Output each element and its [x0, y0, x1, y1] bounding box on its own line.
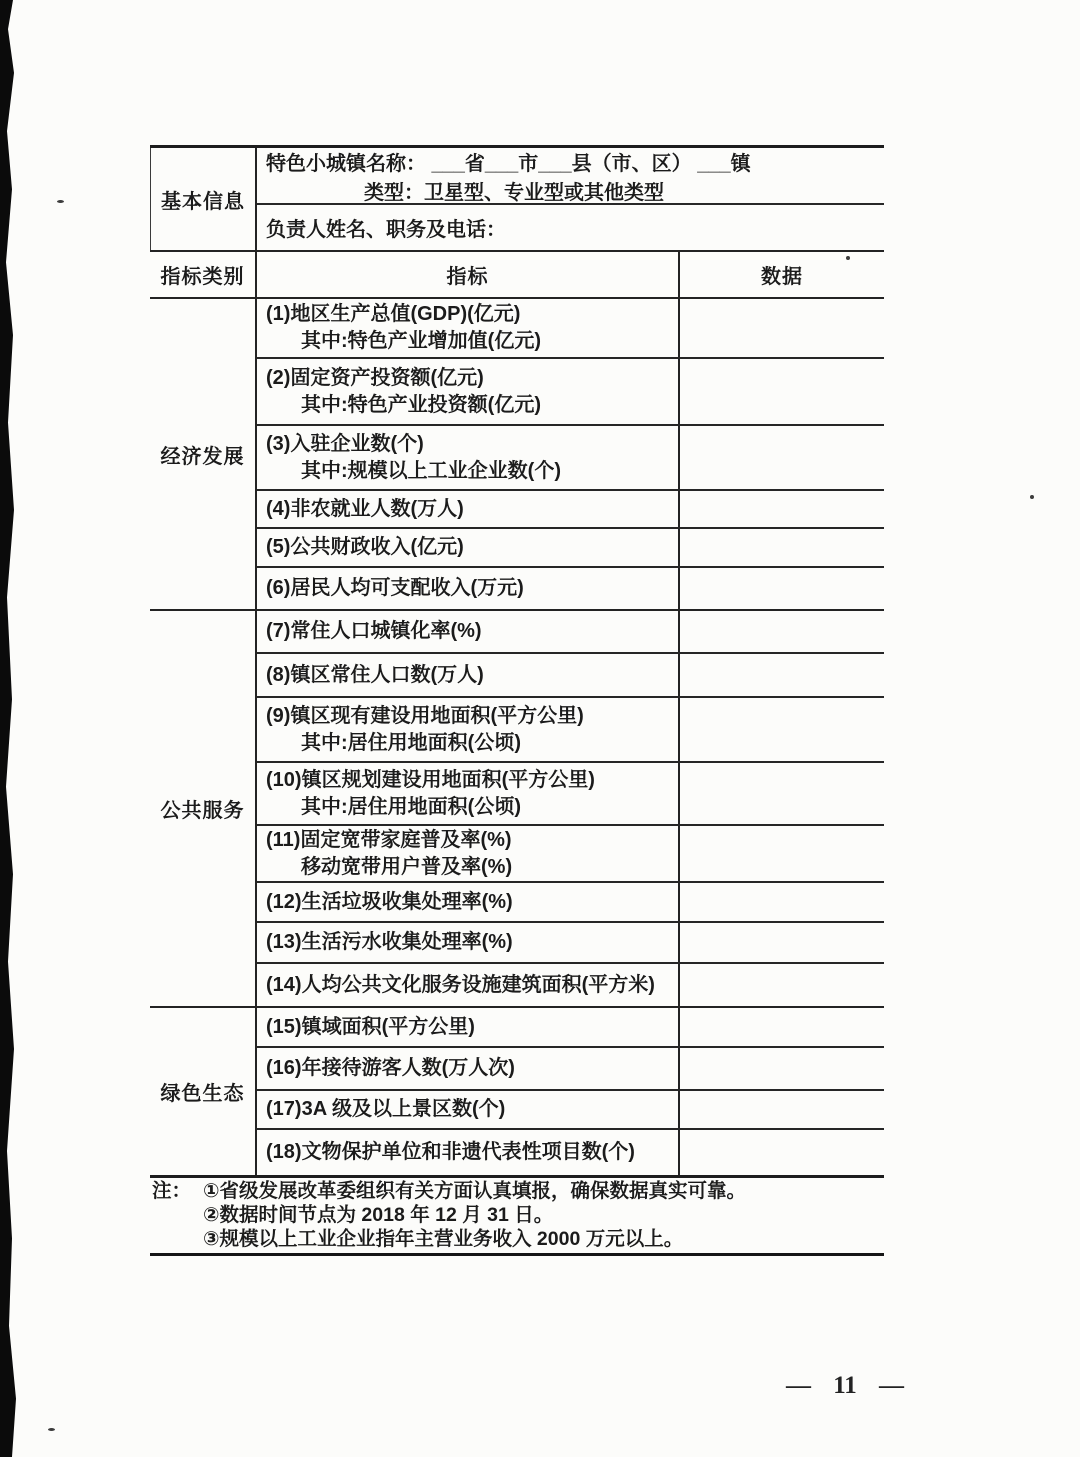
table-row: (9)镇区现有建设用地面积(平方公里) 其中:居住用地面积(公顷)	[257, 698, 884, 763]
scan-speck	[1030, 495, 1034, 499]
category-label: 经济发展	[150, 299, 257, 609]
data-cell-empty	[680, 654, 884, 696]
data-cell-empty	[680, 698, 884, 761]
indicator-cell: (9)镇区现有建设用地面积(平方公里) 其中:居住用地面积(公顷)	[257, 698, 680, 761]
indicator-cell: (8)镇区常住人口数(万人)	[257, 654, 680, 696]
table-row: (13)生活污水收集处理率(%)	[257, 923, 884, 964]
footnote-item: ①省级发展改革委组织有关方面认真填报，确保数据真实可靠。	[203, 1180, 746, 1204]
indicator-line1: (16)年接待游客人数(万人次)	[257, 1055, 678, 1082]
form-table: 基本信息 特色小城镇名称： ___省___市___县（市、区） ___镇 类型：…	[150, 145, 884, 1178]
town-type-line: 类型：卫星型、专业型或其他类型	[257, 176, 884, 205]
basic-info-label: 基本信息	[150, 148, 257, 250]
indicator-line1: (6)居民人均可支配收入(万元)	[257, 575, 678, 602]
table-row: (7)常住人口城镇化率(%)	[257, 611, 884, 654]
data-cell-empty	[680, 826, 884, 881]
contact-line: 负责人姓名、职务及电话：	[257, 213, 884, 242]
indicator-cell: (2)固定资产投资额(亿元) 其中:特色产业投资额(亿元)	[257, 359, 680, 424]
table-row: (14)人均公共文化服务设施建筑面积(平方米)	[257, 964, 884, 1006]
category-label: 绿色生态	[150, 1008, 257, 1175]
table-row: (5)公共财政收入(亿元)	[257, 529, 884, 568]
table-row: (3)入驻企业数(个) 其中:规模以上工业企业数(个)	[257, 426, 884, 491]
indicator-cell: (14)人均公共文化服务设施建筑面积(平方米)	[257, 964, 680, 1006]
indicator-cell: (15)镇域面积(平方公里)	[257, 1008, 680, 1046]
data-cell-empty	[680, 359, 884, 424]
indicator-line1: (3)入驻企业数(个)	[257, 431, 678, 458]
data-cell-empty	[680, 964, 884, 1006]
table-row: (8)镇区常住人口数(万人)	[257, 654, 884, 698]
category-label: 公共服务	[150, 611, 257, 1006]
contact-row: 负责人姓名、职务及电话：	[257, 205, 884, 250]
data-cell-empty	[680, 611, 884, 652]
indicator-cell: (3)入驻企业数(个) 其中:规模以上工业企业数(个)	[257, 426, 680, 489]
table-header-row: 指标 数据	[257, 252, 884, 297]
data-cell-empty	[680, 1008, 884, 1046]
data-cell-empty	[680, 1130, 884, 1175]
town-name-type-row: 特色小城镇名称： ___省___市___县（市、区） ___镇 类型：卫星型、专…	[257, 148, 884, 205]
indicator-line1: (5)公共财政收入(亿元)	[257, 534, 678, 561]
footnotes-label: 注：	[152, 1180, 203, 1251]
indicator-cell: (13)生活污水收集处理率(%)	[257, 923, 680, 962]
indicator-cell: (1)地区生产总值(GDP)(亿元) 其中:特色产业增加值(亿元)	[257, 299, 680, 357]
indicator-line2: 其中:居住用地面积(公顷)	[257, 730, 678, 757]
table-row: (4)非农就业人数(万人)	[257, 491, 884, 529]
data-cell-empty	[680, 1048, 884, 1089]
data-cell-empty	[680, 883, 884, 921]
indicator-cell: (6)居民人均可支配收入(万元)	[257, 568, 680, 609]
table-header-section: 指标类别 指标 数据	[150, 252, 884, 299]
indicator-line2: 其中:特色产业投资额(亿元)	[257, 392, 678, 419]
data-cell-empty	[680, 763, 884, 824]
indicator-cell: (10)镇区规划建设用地面积(平方公里) 其中:居住用地面积(公顷)	[257, 763, 680, 824]
indicator-cell: (12)生活垃圾收集处理率(%)	[257, 883, 680, 921]
indicator-line1: (8)镇区常住人口数(万人)	[257, 662, 678, 689]
indicator-cell: (16)年接待游客人数(万人次)	[257, 1048, 680, 1089]
indicator-line1: (18)文物保护单位和非遗代表性项目数(个)	[257, 1139, 678, 1166]
indicator-line2: 其中:特色产业增加值(亿元)	[257, 328, 678, 355]
indicator-line2: 移动宽带用户普及率(%)	[257, 854, 678, 881]
indicator-line1: (12)生活垃圾收集处理率(%)	[257, 889, 678, 916]
indicator-line1: (11)固定宽带家庭普及率(%)	[257, 827, 678, 854]
indicator-cell: (7)常住人口城镇化率(%)	[257, 611, 680, 652]
footnotes: 注： ①省级发展改革委组织有关方面认真填报，确保数据真实可靠。 ②数据时间节点为…	[152, 1180, 912, 1251]
header-indicator: 指标	[257, 252, 680, 297]
basic-info-section: 基本信息 特色小城镇名称： ___省___市___县（市、区） ___镇 类型：…	[150, 148, 884, 252]
table-row: (2)固定资产投资额(亿元) 其中:特色产业投资额(亿元)	[257, 359, 884, 426]
indicator-line1: (9)镇区现有建设用地面积(平方公里)	[257, 703, 678, 730]
table-row: (11)固定宽带家庭普及率(%) 移动宽带用户普及率(%)	[257, 826, 884, 883]
indicator-line2: 其中:居住用地面积(公顷)	[257, 794, 678, 821]
table-row: (6)居民人均可支配收入(万元)	[257, 568, 884, 609]
section-economic-development: 经济发展 (1)地区生产总值(GDP)(亿元) 其中:特色产业增加值(亿元) (…	[150, 299, 884, 611]
data-cell-empty	[680, 426, 884, 489]
indicator-cell: (4)非农就业人数(万人)	[257, 491, 680, 527]
section-green-ecology: 绿色生态 (15)镇域面积(平方公里) (16)年接待游客人数(万人次)	[150, 1008, 884, 1175]
footnote-item: ②数据时间节点为 2018 年 12 月 31 日。	[203, 1204, 746, 1228]
indicator-cell: (18)文物保护单位和非遗代表性项目数(个)	[257, 1130, 680, 1175]
table-row: (17)3A 级及以上景区数(个)	[257, 1091, 884, 1130]
indicator-cell: (17)3A 级及以上景区数(个)	[257, 1091, 680, 1128]
data-cell-empty	[680, 568, 884, 609]
indicator-line1: (13)生活污水收集处理率(%)	[257, 929, 678, 956]
table-row: (18)文物保护单位和非遗代表性项目数(个)	[257, 1130, 884, 1175]
table-row: (1)地区生产总值(GDP)(亿元) 其中:特色产业增加值(亿元)	[257, 299, 884, 359]
footnote-item: ③规模以上工业企业指年主营业务收入 2000 万元以上。	[203, 1228, 746, 1252]
section-public-services: 公共服务 (7)常住人口城镇化率(%) (8)镇区常住人口数(万人)	[150, 611, 884, 1008]
indicator-cell: (5)公共财政收入(亿元)	[257, 529, 680, 566]
header-category: 指标类别	[150, 252, 257, 297]
indicator-line1: (10)镇区规划建设用地面积(平方公里)	[257, 767, 678, 794]
scan-speck	[48, 1428, 55, 1431]
bottom-rule	[150, 1253, 884, 1256]
data-cell-empty	[680, 529, 884, 566]
table-row: (16)年接待游客人数(万人次)	[257, 1048, 884, 1091]
data-cell-empty	[680, 1091, 884, 1128]
table-row: (12)生活垃圾收集处理率(%)	[257, 883, 884, 923]
scanned-document-page: 基本信息 特色小城镇名称： ___省___市___县（市、区） ___镇 类型：…	[0, 0, 1080, 1457]
indicator-line1: (1)地区生产总值(GDP)(亿元)	[257, 301, 678, 328]
indicator-line2: 其中:规模以上工业企业数(个)	[257, 458, 678, 485]
data-cell-empty	[680, 299, 884, 357]
scan-edge-artifact	[0, 0, 18, 1457]
data-cell-empty	[680, 923, 884, 962]
table-row: (15)镇域面积(平方公里)	[257, 1008, 884, 1048]
indicator-line1: (14)人均公共文化服务设施建筑面积(平方米)	[257, 972, 678, 999]
indicator-cell: (11)固定宽带家庭普及率(%) 移动宽带用户普及率(%)	[257, 826, 680, 881]
data-cell-empty	[680, 491, 884, 527]
indicator-line1: (4)非农就业人数(万人)	[257, 496, 678, 523]
page-number: — 11 —	[755, 1372, 935, 1400]
indicator-line1: (2)固定资产投资额(亿元)	[257, 365, 678, 392]
scan-speck	[57, 200, 64, 203]
town-name-line: 特色小城镇名称： ___省___市___县（市、区） ___镇	[257, 147, 884, 176]
indicator-line1: (17)3A 级及以上景区数(个)	[257, 1096, 678, 1123]
indicator-line1: (7)常住人口城镇化率(%)	[257, 618, 678, 645]
header-data: 数据	[680, 252, 884, 297]
indicator-line1: (15)镇域面积(平方公里)	[257, 1014, 678, 1041]
table-row: (10)镇区规划建设用地面积(平方公里) 其中:居住用地面积(公顷)	[257, 763, 884, 826]
